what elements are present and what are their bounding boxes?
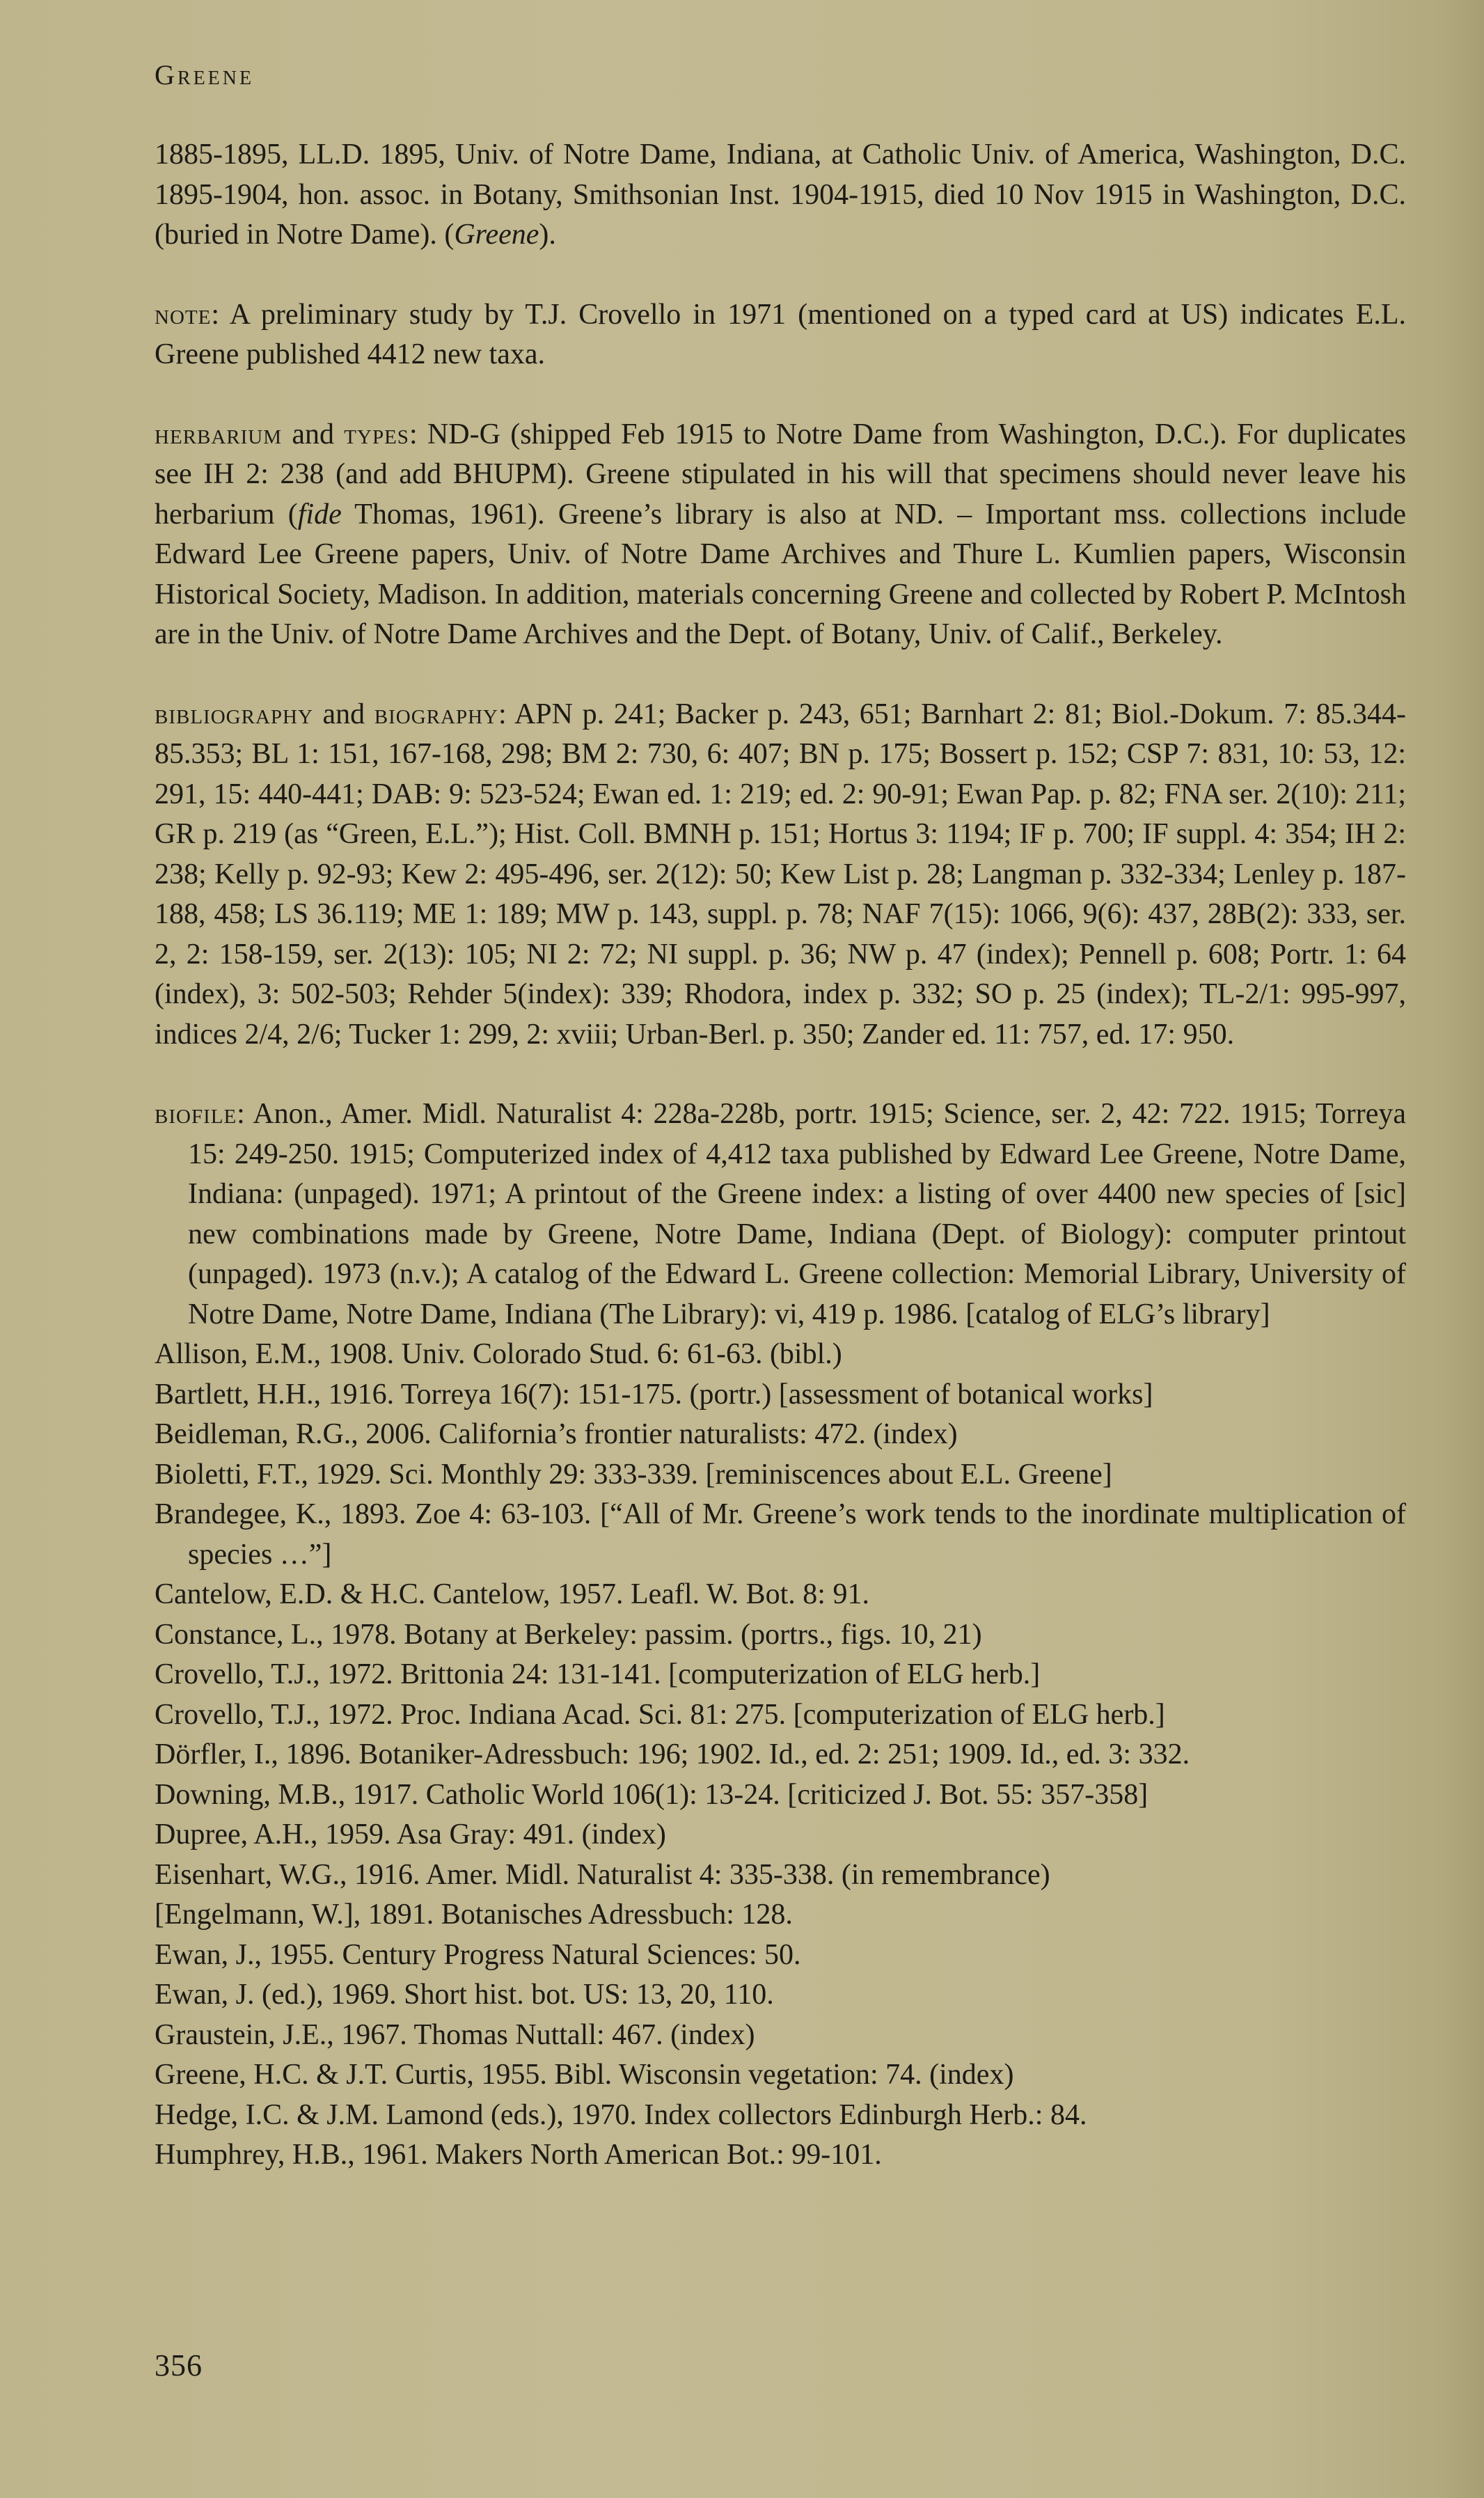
reference-item: Humphrey, H.B., 1961. Makers North Ameri… <box>155 2135 1406 2176</box>
bio-text-end: ). <box>539 219 556 251</box>
note-text: : A preliminary study by T.J. Crovello i… <box>155 299 1406 371</box>
note-label: Note <box>155 299 211 331</box>
reference-item: Ewan, J., 1955. Century Progress Natural… <box>155 1935 1406 1976</box>
biography-continuation: 1885-1895, LL.D. 1895, Univ. of Notre Da… <box>155 135 1406 256</box>
reference-item: Bartlett, H.H., 1916. Torreya 16(7): 151… <box>155 1375 1406 1415</box>
bibliography-label: Bibliography <box>155 698 313 730</box>
herbarium-paragraph: Herbarium and Types: ND-G (shipped Feb 1… <box>155 415 1406 655</box>
biofile-paragraph: Biofile: Anon., Amer. Midl. Naturalist 4… <box>155 1094 1406 1335</box>
reference-item: Graustein, J.E., 1967. Thomas Nuttall: 4… <box>155 2016 1406 2056</box>
reference-item: Brandegee, K., 1893. Zoe 4: 63-103. [“Al… <box>155 1495 1406 1575</box>
biofile-label: Biofile <box>155 1098 237 1130</box>
reference-item: Downing, M.B., 1917. Catholic World 106(… <box>155 1775 1406 1816</box>
reference-item: Allison, E.M., 1908. Univ. Colorado Stud… <box>155 1335 1406 1375</box>
bibliography-and: and <box>313 698 374 730</box>
reference-item: Beidleman, R.G., 2006. California’s fron… <box>155 1415 1406 1455</box>
reference-item: Cantelow, E.D. & H.C. Cantelow, 1957. Le… <box>155 1575 1406 1615</box>
reference-item: Dörfler, I., 1896. Botaniker-Adressbuch:… <box>155 1735 1406 1775</box>
running-head: Greene <box>155 56 1406 95</box>
fide-italic: fide <box>298 498 342 531</box>
note-paragraph: Note: A preliminary study by T.J. Crovel… <box>155 295 1406 375</box>
reference-item: Dupree, A.H., 1959. Asa Gray: 491. (inde… <box>155 1815 1406 1855</box>
biography-label: Biography <box>374 698 498 730</box>
document-page: Greene 1885-1895, LL.D. 1895, Univ. of N… <box>155 56 1406 2176</box>
bio-text: 1885-1895, LL.D. 1895, Univ. of Notre Da… <box>155 139 1406 251</box>
herbarium-label: Herbarium <box>155 418 282 450</box>
reference-item: Hedge, I.C. & J.M. Lamond (eds.), 1970. … <box>155 2096 1406 2136</box>
herbarium-text-end: Thomas, 1961). Greene’s library is also … <box>155 498 1406 651</box>
reference-item: Bioletti, F.T., 1929. Sci. Monthly 29: 3… <box>155 1455 1406 1495</box>
reference-item: Crovello, T.J., 1972. Brittonia 24: 131-… <box>155 1655 1406 1695</box>
bio-source-italic: Greene <box>454 219 539 251</box>
biofile-text: : Anon., Amer. Midl. Naturalist 4: 228a-… <box>188 1098 1406 1330</box>
reference-item: [Engelmann, W.], 1891. Botanisches Adres… <box>155 1895 1406 1935</box>
bibliography-paragraph: Bibliography and Biography: APN p. 241; … <box>155 695 1406 1055</box>
types-label: Types <box>344 418 409 450</box>
page-number: 356 <box>155 2348 203 2383</box>
bibliography-text: : APN p. 241; Backer p. 243, 651; Barnha… <box>155 698 1406 1051</box>
reference-item: Eisenhart, W.G., 1916. Amer. Midl. Natur… <box>155 1855 1406 1896</box>
reference-item: Crovello, T.J., 1972. Proc. Indiana Acad… <box>155 1695 1406 1736</box>
running-head-text: Greene <box>155 59 254 91</box>
reference-item: Ewan, J. (ed.), 1969. Short hist. bot. U… <box>155 1975 1406 2016</box>
herbarium-and: and <box>282 418 344 450</box>
reference-list: Allison, E.M., 1908. Univ. Colorado Stud… <box>155 1335 1406 2176</box>
reference-item: Greene, H.C. & J.T. Curtis, 1955. Bibl. … <box>155 2055 1406 2096</box>
reference-item: Constance, L., 1978. Botany at Berkeley:… <box>155 1615 1406 1656</box>
